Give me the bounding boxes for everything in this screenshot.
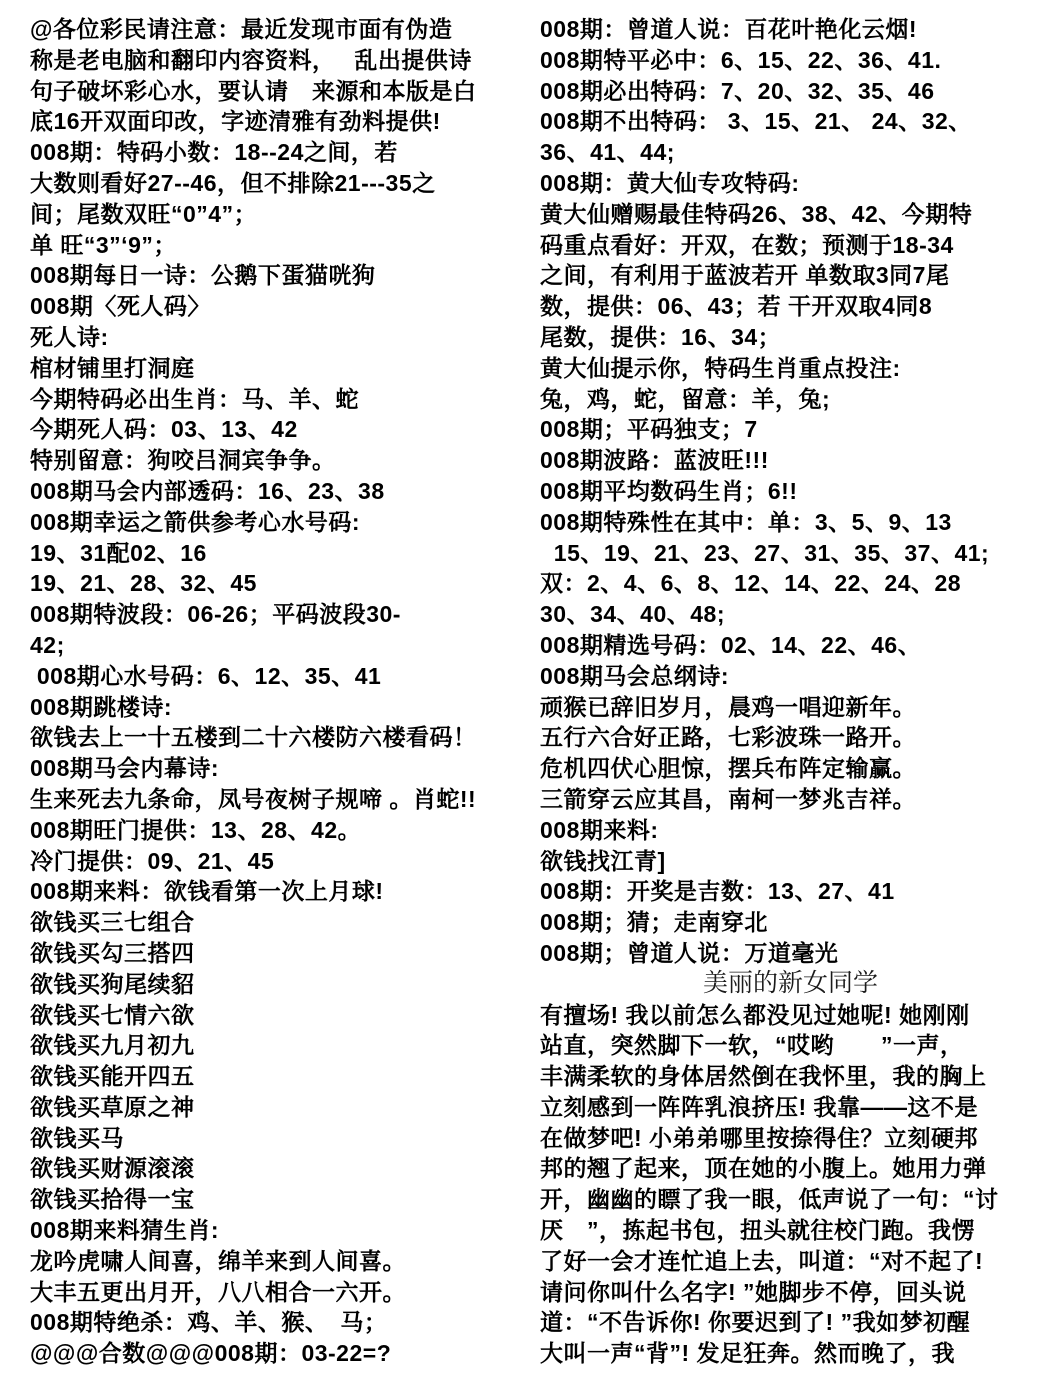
text-line: 立刻感到一阵阵乳浪挤压! 我靠——这不是 [540,1092,1041,1123]
text-line: 大丰五更出月开，八八相合一六开。 [30,1277,535,1308]
text-line: 有擅场! 我以前怎么都没见过她呢! 她刚刚 [540,1000,1041,1031]
text-line: 19、31配02、16 [30,538,535,569]
text-line: 龙吟虎啸人间喜，绵羊来到人间喜。 [30,1246,535,1277]
text-line: 欲钱买九月初九 [30,1030,535,1061]
text-line: 008期平均数码生肖；6!! [540,476,1041,507]
text-line: 008期幸运之箭供参考心水号码: [30,507,535,538]
text-line: 008期：开奖是吉数：13、27、41 [540,876,1041,907]
text-line: 008期来料：欲钱看第一次上月球! [30,876,535,907]
text-line: 008期来料: [540,815,1041,846]
text-line: 兔，鸡，蛇，留意：羊，兔; [540,384,1041,415]
text-line: 欲钱去上一十五楼到二十六楼防六楼看码！ [30,722,535,753]
text-line: 今期特码必出生肖：马、羊、蛇 [30,384,535,415]
text-line: 008期来料猜生肖: [30,1215,535,1246]
text-line: 008期马会总纲诗: [540,661,1041,692]
text-line: 15、19、21、23、27、31、35、37、41; [540,538,1041,569]
text-line: 30、34、40、48; [540,599,1041,630]
text-line: 欲钱买草原之神 [30,1092,535,1123]
text-line: 008期必出特码：7、20、32、35、46 [540,76,1041,107]
text-line: 厌 ”，拣起书包，扭头就往校门跑。我愣 [540,1215,1041,1246]
text-line: 死人诗: [30,322,535,353]
text-line: 危机四伏心胆惊，摆兵布阵定输赢。 [540,753,1041,784]
text-line: 36、41、44; [540,137,1041,168]
text-line: 请问你叫什么名字! ”她脚步不停，回头说 [540,1277,1041,1308]
text-line: 008期；平码独支；7 [540,414,1041,445]
text-line: 黄大仙提示你，特码生肖重点投注: [540,353,1041,384]
text-line: 008期；猜；走南穿北 [540,907,1041,938]
text-line: 欲钱买三七组合 [30,907,535,938]
text-line: 欲钱买七情六欲 [30,1000,535,1031]
right-column-top-text: 008期：曾道人说：百花叶艳化云烟!008期特平必中：6、15、22、36、41… [540,14,1041,969]
text-line: 句子破坏彩心水，要认请 来源和本版是白 [30,76,535,107]
text-line: 008期：曾道人说：百花叶艳化云烟! [540,14,1041,45]
text-line: 008期跳楼诗: [30,692,535,723]
text-line: 008期每日一诗：公鹅下蛋猫咣狗 [30,260,535,291]
story-title: 美丽的新女同学 [540,969,1041,1000]
text-line: 欲钱买狗尾续貂 [30,969,535,1000]
text-line: 欲钱买能开四五 [30,1061,535,1092]
text-line: 黄大仙赠赐最佳特码26、38、42、今期特 [540,199,1041,230]
text-line: 今期死人码：03、13、42 [30,414,535,445]
story-text: 有擅场! 我以前怎么都没见过她呢! 她刚刚站直，突然脚下一软，“哎哟 ”一声，丰… [540,1000,1041,1370]
text-line: 19、21、28、32、45 [30,568,535,599]
text-line: 称是老电脑和翻印内容资料， 乱出提供诗 [30,45,535,76]
text-line: 站直，突然脚下一软，“哎哟 ”一声， [540,1030,1041,1061]
text-line: 丰满柔软的身体居然倒在我怀里，我的胸上 [540,1061,1041,1092]
scanned-lottery-sheet: @各位彩民请注意：最近发现市面有伪造称是老电脑和翻印内容资料， 乱出提供诗句子破… [0,0,1041,1388]
text-line: 生来死去九条命，凤号夜树子规啼 。肖蛇!! [30,784,535,815]
left-column: @各位彩民请注意：最近发现市面有伪造称是老电脑和翻印内容资料， 乱出提供诗句子破… [30,14,535,1388]
text-line: 顽猴已辞旧岁月，晨鸡一唱迎新年。 [540,692,1041,723]
right-column: 008期：曾道人说：百花叶艳化云烟!008期特平必中：6、15、22、36、41… [540,14,1041,1388]
text-line: 欲钱买马 [30,1123,535,1154]
text-line: 冷门提供：09、21、45 [30,846,535,877]
text-line: 之间，有利用于蓝波若开 单数取3同7尾 [540,260,1041,291]
text-line: 大叫一声“背”! 发足狂奔。然而晚了，我 [540,1338,1041,1369]
text-line: 42; [30,630,535,661]
text-line: 008期特波段：06-26；平码波段30- [30,599,535,630]
text-line: 间；尾数双旺“0”4”； [30,199,535,230]
text-line: 008期：特码小数：18--24之间，若 [30,137,535,168]
text-line: 欲钱找江青] [540,846,1041,877]
text-line: 特别留意：狗咬吕洞宾争争。 [30,445,535,476]
text-line: 了好一会才连忙追上去，叫道：“对不起了! [540,1246,1041,1277]
text-line: 008期；曾道人说：万道毫光 [540,938,1041,969]
text-line: 尾数，提供：16、34； [540,322,1041,353]
text-line: 008期：黄大仙专攻特码: [540,168,1041,199]
text-line: 道：“不告诉你! 你要迟到了! ”我如梦初醒 [540,1307,1041,1338]
text-line: 大数则看好27--46，但不排除21---35之 [30,168,535,199]
text-line: 008期特绝杀：鸡、羊、猴、 马； [30,1307,535,1338]
text-line: 欲钱买拾得一宝 [30,1184,535,1215]
text-line: 开，幽幽的瞟了我一眼，低声说了一句：“讨 [540,1184,1041,1215]
text-line: 双：2、4、6、8、12、14、22、24、28 [540,568,1041,599]
text-line: 008期精选号码：02、14、22、46、 [540,630,1041,661]
text-line: 008期不出特码： 3、15、21、 24、32、 [540,106,1041,137]
text-line: 008期特殊性在其中：单：3、5、9、13 [540,507,1041,538]
text-line: 008期波路：蓝波旺!!! [540,445,1041,476]
text-line: 邦的翘了起来，顶在她的小腹上。她用力弹 [540,1153,1041,1184]
text-line: 码重点看好：开双，在数；预测于18-34 [540,230,1041,261]
text-line: 底16开双面印改，字迹清雅有劲料提供! [30,106,535,137]
text-line: 棺材铺里打洞庭 [30,353,535,384]
text-line: 欲钱买勾三搭四 [30,938,535,969]
text-line: @@@合数@@@008期：03-22=? [30,1338,535,1369]
text-line: 008期心水号码：6、12、35、41 [30,661,535,692]
text-line: 数，提供：06、43；若 干开双取4同8 [540,291,1041,322]
text-line: 008期〈死人码〉 [30,291,535,322]
text-line: 三箭穿云应其昌，南柯一梦兆吉祥。 [540,784,1041,815]
text-line: 欲钱买财源滚滚 [30,1153,535,1184]
text-line: 在做梦吧! 小弟弟哪里按捺得住？立刻硬邦 [540,1123,1041,1154]
text-line: 008期旺门提供：13、28、42。 [30,815,535,846]
text-line: 五行六合好正路，七彩波珠一路开。 [540,722,1041,753]
text-line: 008期马会内幕诗: [30,753,535,784]
text-line: @各位彩民请注意：最近发现市面有伪造 [30,14,535,45]
text-line: 008期马会内部透码：16、23、38 [30,476,535,507]
text-line: 单 旺“3”‘9”； [30,230,535,261]
text-line: 008期特平必中：6、15、22、36、41. [540,45,1041,76]
